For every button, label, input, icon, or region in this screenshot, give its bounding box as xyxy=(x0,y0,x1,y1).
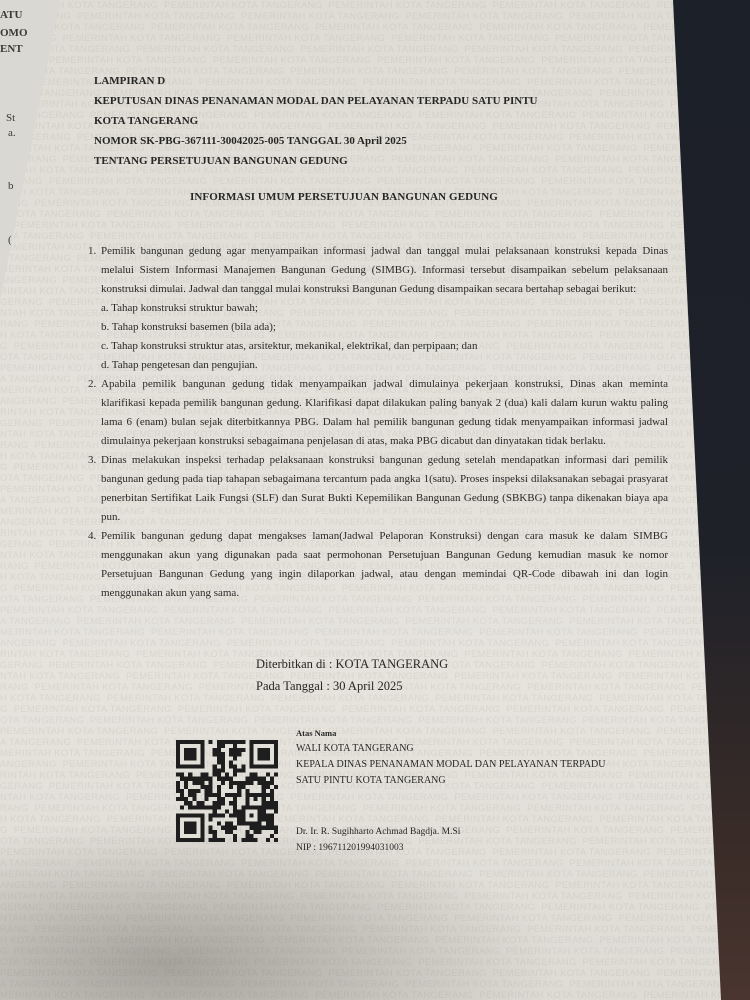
issued-date: Pada Tanggal : 30 April 2025 xyxy=(256,675,448,697)
sub-item: a. Tahap konstruksi struktur bawah; xyxy=(101,299,668,318)
signatory-title: WALI KOTA TANGERANG xyxy=(296,741,605,757)
under-page-fragment: OMO xyxy=(0,27,28,39)
list-item: 3. Dinas melakukan inspeksi terhadap pel… xyxy=(88,451,668,527)
signatory-title: SATU PINTU KOTA TANGERANG xyxy=(296,773,605,789)
official-block: Dr. Ir. R. Sugihharto Achmad Bagdja. M.S… xyxy=(296,824,460,856)
issued-place: Diterbitkan di : KOTA TANGERANG xyxy=(256,653,448,675)
qr-code-icon[interactable] xyxy=(176,739,278,843)
list-item: 4. Pemilik bangunan gedung dapat mengaks… xyxy=(88,527,668,603)
item-text: Pemilik bangunan gedung agar menyampaika… xyxy=(101,242,668,299)
under-page-fragment: b xyxy=(8,180,14,192)
on-behalf-label: Atas Nama xyxy=(296,725,605,741)
sub-item: c. Tahap konstruksi struktur atas, arsit… xyxy=(101,337,668,356)
under-page-fragment: ENT xyxy=(0,43,23,55)
official-nip: NIP : 196711201994031003 xyxy=(296,840,460,856)
header-line-decree: KEPUTUSAN DINAS PENANAMAN MODAL DAN PELA… xyxy=(94,91,538,111)
document-page: PEMERINTAH KOTA TANGERANG PEMERINTAH KOT… xyxy=(0,0,750,1000)
sub-item: d. Tahap pengetesan dan pengujian. xyxy=(101,356,668,375)
official-name: Dr. Ir. R. Sugihharto Achmad Bagdja. M.S… xyxy=(296,824,460,840)
under-page-fragment: ( xyxy=(8,234,12,246)
item-text: Apabila pemilik bangunan gedung tidak me… xyxy=(101,375,668,451)
signature-block: Atas Nama WALI KOTA TANGERANG KEPALA DIN… xyxy=(296,725,605,789)
list-item: 2. Apabila pemilik bangunan gedung tidak… xyxy=(88,375,668,451)
item-text: Pemilik bangunan gedung dapat mengakses … xyxy=(101,527,668,603)
under-page-fragment: St xyxy=(6,112,15,124)
under-page-fragment: a. xyxy=(8,127,16,139)
issuance-block: Diterbitkan di : KOTA TANGERANG Pada Tan… xyxy=(256,653,448,697)
document-content: LAMPIRAN D KEPUTUSAN DINAS PENANAMAN MOD… xyxy=(0,0,750,1000)
sub-item: b. Tahap konstruksi basemen (bila ada); xyxy=(101,318,668,337)
document-title: INFORMASI UMUM PERSETUJUAN BANGUNAN GEDU… xyxy=(190,191,498,203)
header-line-subject: TENTANG PERSETUJUAN BANGUNAN GEDUNG xyxy=(94,151,538,171)
information-list: 1. Pemilik bangunan gedung agar menyampa… xyxy=(88,242,668,603)
document-header: LAMPIRAN D KEPUTUSAN DINAS PENANAMAN MOD… xyxy=(94,71,538,171)
header-line-number: NOMOR SK-PBG-367111-30042025-005 TANGGAL… xyxy=(94,131,538,151)
item-number: 3. xyxy=(88,451,96,470)
signatory-title: KEPALA DINAS PENANAMAN MODAL DAN PELAYAN… xyxy=(296,757,605,773)
item-number: 2. xyxy=(88,375,96,394)
list-item: 1. Pemilik bangunan gedung agar menyampa… xyxy=(88,242,668,375)
under-page-fragment: ATU xyxy=(0,9,22,21)
item-number: 4. xyxy=(88,527,96,546)
header-line-appendix: LAMPIRAN D xyxy=(94,71,538,91)
header-line-city: KOTA TANGERANG xyxy=(94,111,538,131)
item-text: Dinas melakukan inspeksi terhadap pelaks… xyxy=(101,451,668,527)
item-number: 1. xyxy=(88,242,96,261)
